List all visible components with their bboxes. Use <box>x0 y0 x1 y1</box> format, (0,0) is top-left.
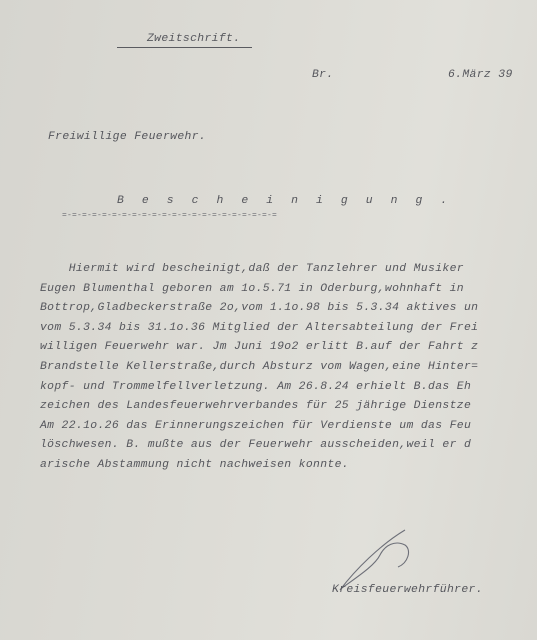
body-paragraph: Hiermit wird bescheinigt,daß der Tanzleh… <box>40 260 478 476</box>
document-title: B e s c h e i n i g u n g . <box>117 195 453 207</box>
body-line: arische Abstammung nicht nachweisen konn… <box>40 456 478 476</box>
date: 6.März 39 <box>448 69 513 81</box>
body-line: Hiermit wird bescheinigt,daß der Tanzleh… <box>40 260 478 280</box>
copy-label: Zweitschrift. <box>117 33 252 48</box>
body-line: Brandstelle Kellerstraße,durch Absturz v… <box>40 358 478 378</box>
body-line: Eugen Blumenthal geboren am 1o.5.71 in O… <box>40 280 478 300</box>
typewritten-certificate: Zweitschrift. Br. 6.März 39 Freiwillige … <box>0 0 537 640</box>
copy-label-text: Zweitschrift. <box>147 33 240 45</box>
body-line: willigen Feuerwehr war. Jm Juni 19o2 erl… <box>40 338 478 358</box>
body-line: löschwesen. B. mußte aus der Feuerwehr a… <box>40 436 478 456</box>
body-line: zeichen des Landesfeuerwehrverbandes für… <box>40 397 478 417</box>
body-line: kopf- und Trommelfellverletzung. Am 26.8… <box>40 378 478 398</box>
body-line: vom 5.3.34 bis 31.1o.36 Mitglied der Alt… <box>40 319 478 339</box>
addressee: Freiwillige Feuerwehr. <box>48 131 206 143</box>
location: Br. <box>312 69 334 81</box>
title-underline: =-=-=-=-=-=-=-=-=-=-=-=-=-=-=-=-=-=-=-=-… <box>62 211 277 220</box>
signature-title: Kreisfeuerwehrführer. <box>332 584 483 596</box>
body-line: Bottrop,Gladbeckerstraße 2o,vom 1.1o.98 … <box>40 299 478 319</box>
body-line: Am 22.1o.26 das Erinnerungszeichen für V… <box>40 417 478 437</box>
